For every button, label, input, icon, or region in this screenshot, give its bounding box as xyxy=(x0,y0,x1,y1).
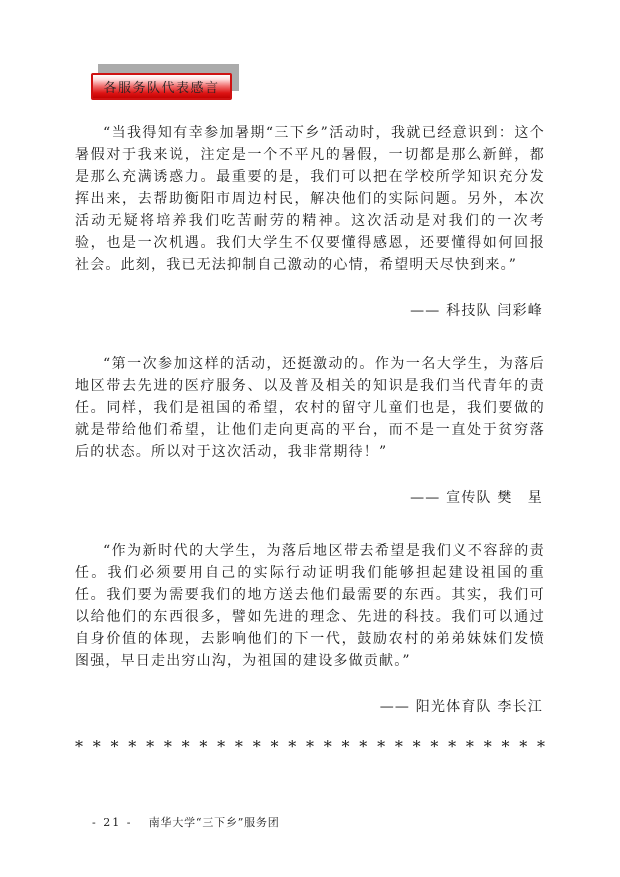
title-box: 各服务队代表感言 xyxy=(91,73,232,100)
testimonial-quote-science-team: “当我得知有幸参加暑期“三下乡”活动时，我就已经意识到：这个暑假对于我来说，注定… xyxy=(75,122,545,276)
testimonials-section: “当我得知有幸参加暑期“三下乡”活动时，我就已经意识到：这个暑假对于我来说，注定… xyxy=(75,122,545,758)
section-title: 各服务队代表感言 xyxy=(103,77,219,96)
page-number: - 21 - xyxy=(92,816,132,829)
document-page: 各服务队代表感言 “当我得知有幸参加暑期“三下乡”活动时，我就已经意识到：这个暑… xyxy=(0,0,620,877)
testimonial-quote-publicity-team: “第一次参加这样的活动，还挺激动的。作为一名大学生，为落后地区带去先进的医疗服务… xyxy=(75,353,545,463)
page-footer: - 21 - 南华大学“三下乡”服务团 xyxy=(92,814,280,830)
testimonial-attribution-publicity-team: —— 宣传队 樊 星 xyxy=(75,487,543,509)
asterisk-separator: * * * * * * * * * * * * * * * * * * * * … xyxy=(75,736,545,758)
testimonial-attribution-science-team: —— 科技队 闫彩峰 xyxy=(75,300,543,322)
footer-text: 南华大学“三下乡”服务团 xyxy=(149,816,280,829)
testimonial-attribution-sports-team: —— 阳光体育队 李长江 xyxy=(75,696,543,718)
testimonial-quote-sports-team: “作为新时代的大学生，为落后地区带去希望是我们义不容辞的责任。我们必须要用自己的… xyxy=(75,540,545,672)
section-title-box: 各服务队代表感言 xyxy=(91,64,251,110)
